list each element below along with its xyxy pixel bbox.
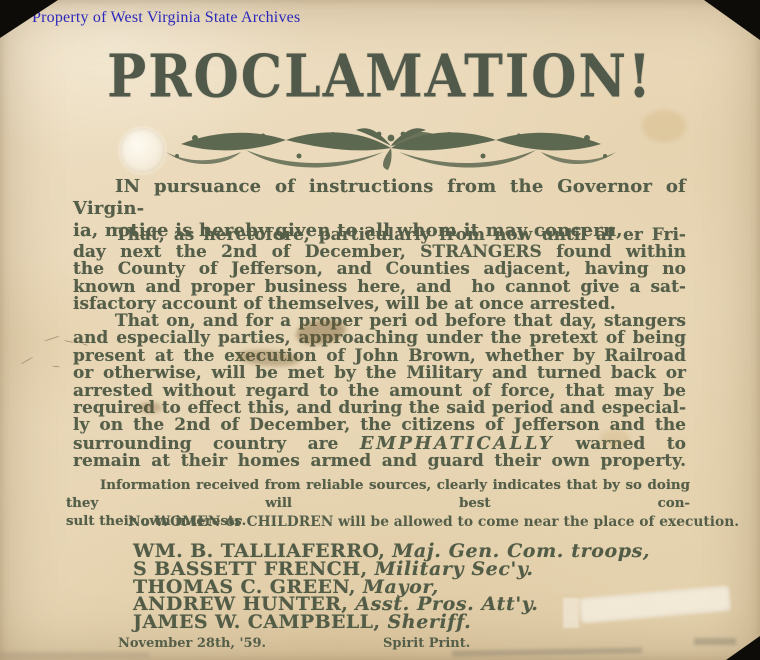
women-children-line: No WOMEN or CHILDREN will be allowed to … <box>128 514 739 530</box>
text-line: Information received from reliable sourc… <box>66 476 690 512</box>
signer-title: Sheriff. <box>387 611 471 633</box>
text-line: IN pursuance of instructions from the Go… <box>73 176 686 220</box>
pencil-mark <box>21 357 34 365</box>
pencil-mark <box>52 365 60 367</box>
pencil-mark <box>44 336 60 342</box>
floral-flourish-icon <box>166 126 616 172</box>
footer-date: November 28th, '59. <box>118 636 266 651</box>
embossed-seal-icon <box>120 128 165 173</box>
smudge-mark <box>694 638 736 645</box>
paper-edge-shadow <box>0 652 150 658</box>
paragraph-execution-warning: That on, and for a proper peri od before… <box>73 313 686 471</box>
archive-ownership-stamp: Property of West Virginia State Archives <box>32 9 432 27</box>
paper-stain <box>642 110 686 142</box>
signer-name: JAMES W. CAMPBELL, <box>133 611 380 633</box>
paragraph-strangers-warning: That, as heretofore, particularly from n… <box>73 227 686 313</box>
text-line: remain at their homes armed and guard th… <box>73 453 686 470</box>
archival-sticker-patch <box>563 598 579 628</box>
smudge-mark <box>452 647 642 656</box>
text-line: or otherwise, will be met by the Militar… <box>73 365 686 382</box>
aged-paper-background: Property of West Virginia State Archives… <box>0 0 760 660</box>
paper-stain <box>600 430 630 448</box>
footer-printer: Spirit Print. <box>383 636 470 651</box>
page-title: PROCLAMATION! <box>0 42 760 112</box>
ink-stain <box>138 402 162 413</box>
